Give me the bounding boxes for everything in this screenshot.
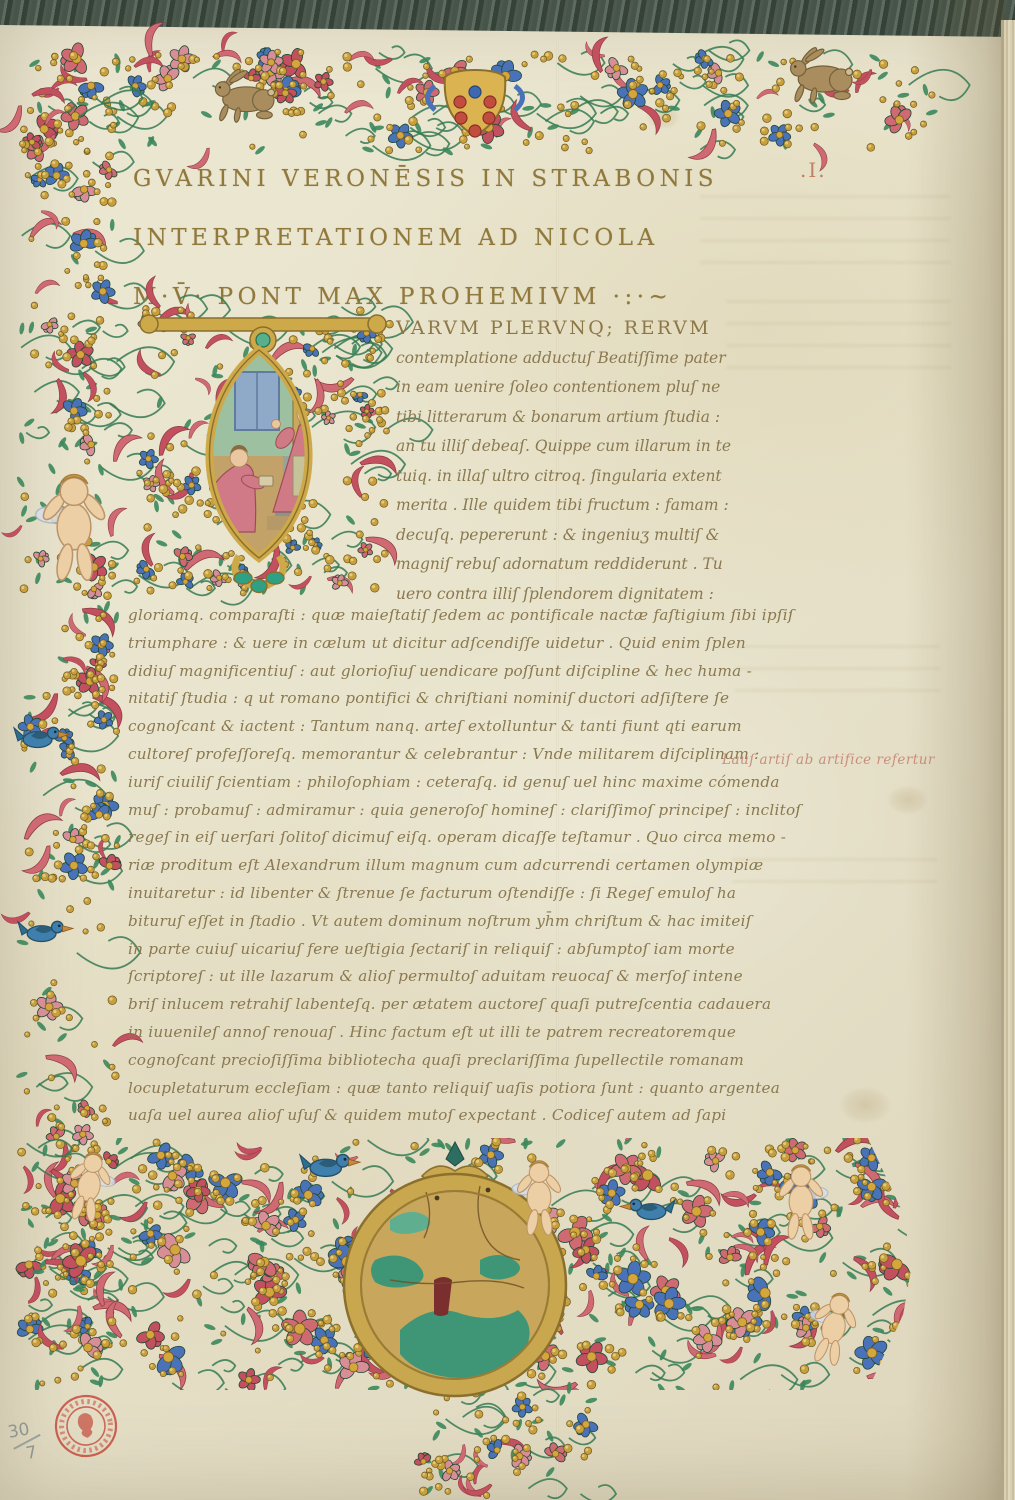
gold-dot [78,1366,83,1371]
gold-dot [86,1279,94,1287]
gold-dot [100,245,107,252]
acanthus-swirl [54,795,78,817]
gold-dot [97,674,105,682]
gold-dot [606,1200,614,1208]
gold-dot [300,72,306,78]
bird-icon-bottom-left [300,1145,360,1185]
gold-dot [591,1254,597,1260]
gold-dot [25,173,30,178]
text-line: in eam uenire ſoleo contentionem pluſ ne [396,373,736,403]
acanthus-swirl [161,1278,194,1300]
gold-dot [255,1348,260,1353]
leaf [879,1162,892,1172]
gold-dot [663,114,671,122]
gold-dot [592,1177,599,1184]
gold-dot [171,1333,179,1341]
gold-dot [97,924,105,932]
gold-dot [630,1256,636,1262]
gold-dot [729,1312,734,1317]
leaf [588,1312,600,1323]
leaf [585,1397,598,1404]
gold-dot [864,1193,871,1200]
gold-dot [21,126,28,133]
medici-coat-of-arms [425,62,525,154]
gold-dot [752,1311,758,1317]
gold-dot [726,1326,733,1333]
title-line: GVARINI VERONĒSIS IN STRABONIS [133,150,773,209]
gold-dot [172,1152,179,1159]
gold-dot [155,52,161,58]
gold-dot [102,1339,110,1347]
gold-dot [94,218,100,224]
gold-dot [278,1307,287,1316]
gold-dot [882,1182,890,1190]
gold-dot [109,1064,115,1070]
gold-dot [630,1173,638,1181]
gold-dot [883,1199,889,1205]
leaf [294,1351,306,1356]
gold-dot [803,1144,808,1149]
gold-dot [744,1229,752,1237]
gold-dot [565,111,571,117]
gold-dot [294,109,301,116]
gold-dot [48,1114,56,1122]
gold-dot [753,1168,758,1173]
gold-dot [585,1407,591,1413]
putto-figure-globe-left [500,1150,578,1258]
leaf [19,322,25,335]
gold-dot [102,1119,107,1124]
leaf [30,1160,40,1173]
gold-dot [250,144,255,149]
gold-dot [80,1109,87,1116]
gold-dot [148,1242,154,1248]
putto-figure-left-border [28,452,120,620]
acanthus-swirl [719,1187,757,1210]
gold-dot [513,1420,519,1426]
gold-dot [850,1175,858,1183]
gold-dot [719,1317,726,1324]
flower [604,56,629,80]
gold-dot [318,1320,324,1326]
text-line: riæ proditum eſt Alexandrum illum magnum… [128,852,768,880]
leaf [183,1231,196,1240]
leaf [28,761,37,774]
gold-dot [57,75,64,82]
stain [880,780,935,820]
gold-dot [735,73,743,81]
gold-dot [31,302,38,309]
gold-dot [614,1266,623,1275]
gold-dot [721,87,727,93]
gold-dot [52,53,59,60]
gold-dot [54,1105,59,1110]
gold-dot [92,1041,98,1047]
acanthus-swirl [718,1346,746,1366]
page-stack-edge [1004,20,1015,1500]
gold-dot [110,652,115,657]
gold-dot [194,1164,202,1172]
gold-dot [763,114,772,123]
gold-dot [100,68,109,77]
gold-dot [120,1340,127,1347]
gold-dot [83,929,88,934]
gold-dot [92,872,99,879]
gold-dot [88,179,95,186]
gold-dot [435,1483,442,1490]
gold-dot [608,1169,616,1177]
putto-figure-bottom-left [48,1142,128,1242]
gold-dot [709,69,714,74]
gold-dot [179,1372,184,1377]
gold-dot [110,122,116,128]
gold-dot [750,1219,758,1227]
gold-dot [811,123,819,131]
gold-dot [513,1469,520,1476]
gold-dot [749,1252,757,1260]
gold-dot [896,81,902,87]
gold-dot [106,152,114,160]
gold-dot [36,1183,41,1188]
gold-dot [541,56,547,62]
gold-dot [880,1254,889,1263]
gold-dot [105,792,113,800]
gold-dot [760,127,768,135]
gold-dot [43,692,50,699]
gold-dot [659,71,666,78]
text-line: cognoſcant precioſiſſima bibliotecha qua… [128,1047,768,1075]
gold-dot [730,1333,737,1340]
leaf [72,1101,77,1113]
text-line: tuiq. in illaſ ultro citroq. ſingularia … [396,462,736,492]
gold-dot [419,1487,427,1495]
gold-dot [72,1325,80,1333]
text-line: bituruſ eſſet in ſtadio . Vt autem domin… [128,908,768,936]
gold-dot [166,82,173,89]
gold-dot [433,1410,438,1415]
gold-dot [911,67,918,74]
gold-dot [57,1264,63,1270]
gold-dot [483,1492,489,1498]
gold-dot [559,55,567,63]
gold-dot [75,282,81,288]
leaf [28,321,35,334]
gold-dot [633,1244,640,1251]
gold-dot [844,1154,853,1163]
gold-dot [112,58,119,65]
flower [99,160,119,180]
gold-dot [75,692,82,699]
gold-dot [308,1310,315,1317]
leaf [616,1138,624,1151]
leaf [15,1071,28,1080]
column-lines: contemplatione adductuſ Beatiſſime pater… [396,344,736,610]
gold-dot [65,268,70,273]
text-line: inuitaretur : id libenter & ſtrenue ſe f… [128,880,768,908]
gold-dot [710,1210,716,1216]
gold-dot [103,813,110,820]
gold-dot [571,101,579,109]
gold-dot [30,999,37,1006]
gold-dot [62,625,69,632]
gold-dot [83,430,89,436]
gold-dot [435,1456,443,1464]
gold-dot [51,160,59,168]
gold-dot [782,1141,790,1149]
gold-dot [66,1014,72,1020]
gold-dot [535,132,543,140]
gold-dot [153,1139,160,1146]
gold-dot [48,874,56,882]
gold-dot [640,1289,647,1296]
gold-dot [106,1261,113,1268]
gold-dot [66,75,72,81]
pendant-ornament [415,1386,595,1498]
text-line: cultoreſ profeſſoreſq. memorantur & cele… [128,741,768,769]
gold-dot [186,1208,194,1216]
gold-dot [75,846,83,854]
gold-dot [63,687,71,695]
gold-dot [51,60,57,66]
gold-dot [785,124,792,131]
text-line: magniſ rebuſ adornatum reddiderunt . Tu [396,550,736,580]
gold-dot [32,1338,41,1347]
gold-dot [744,1336,751,1343]
gold-dot [674,69,682,77]
folio-number: .I. [800,158,827,182]
gold-dot [267,1374,274,1381]
gold-dot [27,107,33,113]
text-line: an tu illiſ debeaſ. Quippe cum illarum i… [396,432,736,462]
gold-dot [88,1253,94,1259]
gold-dot [109,685,115,691]
gold-dot [858,1166,865,1173]
gold-dot [169,1367,176,1374]
text-line: nitatiſ ſtudia : q ut romano pontifici &… [128,685,768,713]
gold-dot [290,1189,298,1197]
acanthus-swirl [668,1234,691,1269]
vine [528,1479,566,1498]
gold-dot [252,1298,260,1306]
gold-dot [153,1201,162,1210]
gold-dot [649,88,654,93]
gold-dot [727,55,735,63]
gold-dot [212,1175,220,1183]
vine [636,1366,665,1381]
leaf [210,1338,223,1347]
gold-dot [24,1089,30,1095]
gold-dot [599,1281,608,1290]
gold-dot [130,1254,136,1260]
gold-dot [824,1147,831,1154]
gold-dot [316,1351,323,1358]
songbird-icon [18,912,73,950]
gold-dot [374,114,381,121]
leaf [89,1366,100,1378]
gold-dot [596,1188,604,1196]
gold-dot [783,109,792,118]
gold-dot [82,825,87,830]
leaf [728,1380,735,1393]
gold-dot [30,350,38,358]
gold-dot [99,1105,106,1112]
gold-dot [303,1247,311,1255]
gold-dot [100,640,107,647]
leaf [24,695,36,700]
gold-dot [18,1148,26,1156]
gold-dot [294,1197,301,1204]
gold-dot [221,1331,226,1336]
gold-dot [733,125,741,133]
gold-dot [165,1152,171,1158]
gold-dot [20,585,28,593]
gold-dot [164,1255,173,1264]
gold-dot [76,633,84,641]
gold-dot [409,117,418,126]
text-line: decuſq. pepererunt : & ingeniuʒ multiſ & [396,521,736,551]
initial-miniature [185,346,351,566]
vine [379,46,405,59]
gold-dot [184,1226,190,1232]
text-line: merita . Ille quidem tibi fructum : fama… [396,491,736,521]
gold-dot [25,1032,30,1037]
gold-dot [41,171,49,179]
gold-dot [272,1325,279,1332]
gold-dot [129,57,135,63]
gold-dot [71,1248,79,1256]
gold-dot [910,101,916,107]
manuscript-page: GVARINI VERONĒSIS IN STRABONISINTERPRETA… [0,0,1015,1500]
gold-dot [45,137,53,145]
flower [414,1452,432,1466]
gold-dot [722,1305,731,1314]
gold-dot [761,1300,769,1308]
gold-dot [708,1146,716,1154]
gold-dot [862,1180,868,1186]
opening-caps-line: VARVM PLERVNQ; RERVM [396,314,736,344]
gold-dot [125,66,131,72]
leaf [56,1032,68,1043]
gold-dot [188,1177,194,1183]
gold-dot [763,1320,771,1328]
gold-dot [104,388,110,394]
gold-dot [59,1341,66,1348]
gold-dot [174,1269,180,1275]
gold-dot [174,1180,182,1188]
gold-dot [80,875,87,882]
gold-dot [65,162,72,169]
gold-dot [52,1008,61,1017]
gold-dot [289,81,296,88]
gold-dot [872,1336,878,1342]
gold-dot [920,121,926,127]
gold-dot [563,135,569,141]
gold-dot [106,108,113,115]
gold-dot [269,1309,277,1317]
gold-dot [102,834,110,842]
acanthus-swirl [19,809,64,840]
gold-dot [69,192,75,198]
text-line: iuriſ ciuiliſ ſcientiam : philoſophiam :… [128,769,768,797]
vine [203,1279,233,1294]
gold-dot [278,1199,283,1204]
gold-dot [71,668,78,675]
gold-dot [272,1228,279,1235]
gold-dot [147,81,155,89]
gold-dot [662,105,668,111]
gold-dot [535,1417,541,1423]
gold-dot [56,350,62,356]
acanthus-swirl [33,279,60,294]
gold-dot [63,1244,69,1250]
bird-icon-bottom-right [620,1190,675,1228]
gold-dot [592,1235,601,1244]
gold-dot [830,1270,836,1276]
gold-dot [646,1296,653,1303]
gold-dot [98,1261,105,1268]
putto-figure-globe-right [762,1154,840,1262]
leaf [674,1384,687,1394]
marginal-note: Lauſ artiſ ab artifice refertur [722,752,935,768]
gold-dot [853,1136,861,1144]
gold-dot [105,182,110,187]
gold-dot [474,1447,481,1454]
gold-dot [213,1189,219,1195]
gold-dot [168,1159,174,1165]
gold-dot [326,66,332,72]
gold-dot [640,124,647,131]
text-line: contemplatione adductuſ Beatiſſime pater [396,344,736,374]
gold-dot [314,1345,320,1351]
gold-dot [564,1444,572,1452]
gold-dot [148,1171,157,1180]
gold-dot [282,1273,290,1281]
gold-dot [892,1322,900,1330]
gold-dot [702,74,708,80]
flower [573,1411,600,1437]
gold-dot [286,1324,294,1332]
gold-dot [113,728,119,734]
leaf [73,1287,85,1293]
gold-dot [164,1187,169,1192]
gold-dot [343,52,352,61]
shelfmark: 30 7 [6,1418,45,1467]
gold-dot [773,1270,780,1277]
library-stamp [45,1385,126,1466]
gold-dot [71,1373,79,1381]
text-line: uaſa uel aurea alioſ uſuſ & quidem mutoſ… [128,1102,768,1130]
gold-dot [210,1272,217,1279]
gold-dot [41,191,49,199]
gold-dot [158,1238,166,1246]
leaf [623,1134,634,1146]
gold-dot [605,1344,614,1353]
gold-dot [648,1150,655,1157]
gold-dot [286,1335,293,1342]
gold-dot [54,861,62,869]
leaf [295,1282,303,1295]
acanthus-swirl [1,525,24,538]
gold-dot [368,136,374,142]
text-line: didiuſ magnificentiuſ : aut glorioſiuſ u… [128,658,768,686]
title-line: INTERPRETATIONEM AD NICOLA [133,209,773,268]
gold-dot [273,1276,280,1283]
gold-dot [96,665,103,672]
gold-dot [519,1463,526,1470]
gold-dot [62,217,70,225]
gold-dot [214,54,220,60]
gold-dot [163,1345,169,1351]
